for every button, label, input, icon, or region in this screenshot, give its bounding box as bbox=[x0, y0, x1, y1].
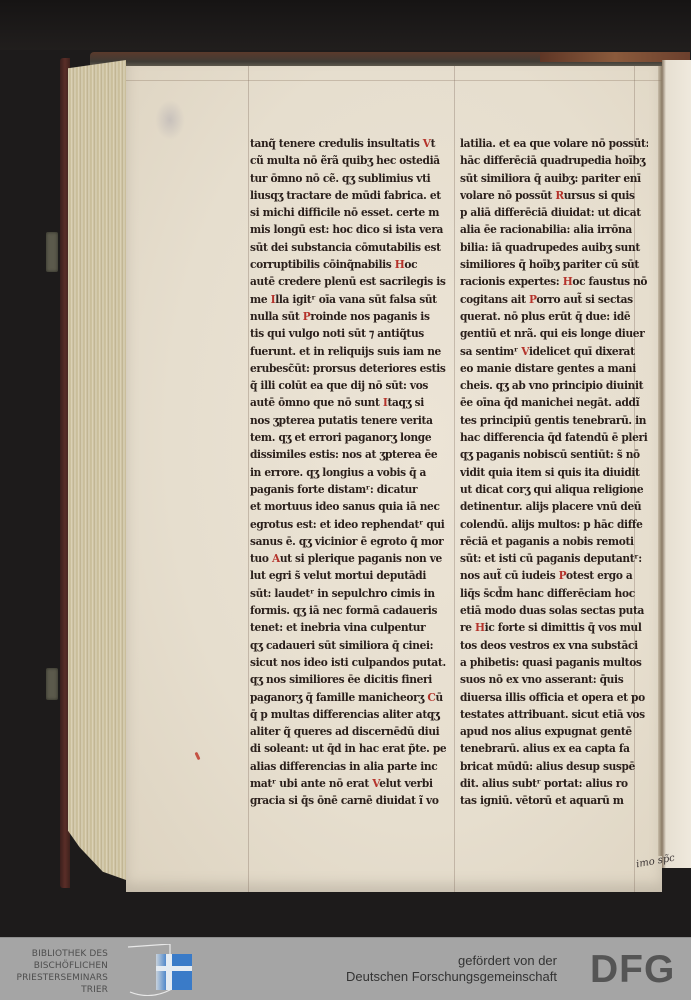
line-text: si michi difficile nō esset. certe m bbox=[250, 207, 439, 220]
manuscript-line: dissimiles estis: nos at ʒpterea ēe bbox=[250, 447, 446, 465]
manuscript-line: nulla sūt Proinde nos paganis is bbox=[250, 309, 446, 327]
line-text: sūt: et isti cū paganis deputantʳ: bbox=[460, 553, 642, 566]
line-text: p aliā differēciā diuidat: ut dicat bbox=[460, 207, 641, 220]
manuscript-line: q̄ p multas differencias aliter atqʒ bbox=[250, 706, 446, 724]
manuscript-line: corruptibilis cōinq̃nabilis Hoc bbox=[250, 257, 446, 275]
manuscript-line: similiores q̄ hoībʒ pariter cū sūt bbox=[460, 257, 648, 275]
rubric-initial: R bbox=[555, 190, 563, 203]
manuscript-line: tenebrarū. alius ex ea capta fa bbox=[460, 741, 648, 759]
manuscript-line: erubesc̃ūt: prorsus deteriores estis. bbox=[250, 360, 446, 378]
manuscript-line: paganorʒ q̄ famille manicheorʒ Cū bbox=[250, 689, 446, 707]
manuscript-line: apud nos alius expugnat gentē bbox=[460, 724, 648, 742]
line-text: qʒ paganis nobiscū sentiūt: s̃ nō bbox=[460, 449, 640, 462]
rubric-initial: H bbox=[563, 276, 573, 289]
manuscript-line: liusqʒ tractare de mūdi fabrica. et bbox=[250, 187, 446, 205]
manuscript-line: querat. nō plus erūt q̄ due: idē bbox=[460, 309, 648, 327]
manuscript-line: tis qui vulgo noti sūt ⁊ antiq̃tus bbox=[250, 326, 446, 344]
line-text: me bbox=[250, 293, 271, 306]
manuscript-line: nos aut̃ cū iudeis Potest ergo a bbox=[460, 568, 648, 586]
line-text-after-rubric: orro aut̃ si sectas bbox=[536, 293, 632, 306]
line-text: diuersa illis officia et opera et po bbox=[460, 691, 645, 704]
line-text: q̃ illi colūt ea que dij nō sūt: vos bbox=[250, 380, 428, 393]
line-text-after-rubric: ut si plerique paganis non ve bbox=[280, 553, 442, 566]
manuscript-line: matʳ ubi ante nō erat Velut verbi bbox=[250, 776, 446, 794]
manuscript-line: alia ēe racionabilia: alia irrōna bbox=[460, 222, 648, 240]
line-text: qʒ cadaueri sūt similiora q̄ cinei: bbox=[250, 639, 433, 652]
line-text: sūt: laudetʳ in sepulchro cimis in bbox=[250, 587, 435, 600]
clasp-upper bbox=[46, 232, 58, 272]
line-text: tanq̃ tenere credulis insultatis bbox=[250, 138, 423, 151]
line-text: liusqʒ tractare de mūdi fabrica. et bbox=[250, 190, 441, 203]
manuscript-line: tas igniū. vētorū et aquarū m bbox=[460, 793, 648, 811]
manuscript-line: tanq̃ tenere credulis insultatis Vt bbox=[250, 136, 446, 154]
funding-text[interactable]: gefördert von der Deutschen Forschungsge… bbox=[346, 953, 557, 985]
manuscript-line: nos ʒpterea putatis tenere verita bbox=[250, 412, 446, 430]
line-text-after-rubric: otest ergo a bbox=[566, 570, 632, 583]
line-text: dit. alius subtʳ portat: alius ro bbox=[460, 778, 628, 791]
rubric-initial: H bbox=[395, 259, 405, 272]
line-text-after-rubric: taqʒ si bbox=[387, 397, 423, 410]
manuscript-line: sūt similiora q̄ auibʒ: pariter enī bbox=[460, 170, 648, 188]
rubric-initial: H bbox=[475, 622, 485, 635]
manuscript-line: tur ōmno nō cẽ. qʒ sublimius vti bbox=[250, 170, 446, 188]
manuscript-line: cũ multa nō ẽrã quibʒ hec ostediā bbox=[250, 153, 446, 171]
line-text: suos nō ex vno asserant: q̄uis bbox=[460, 674, 623, 687]
line-text-after-rubric: ū bbox=[435, 691, 442, 704]
line-text: egrotus est: et ideo rephendatʳ qui bbox=[250, 518, 444, 531]
line-text-after-rubric: elut verbi bbox=[379, 778, 432, 791]
manuscript-line: testates attribuant. sicut etiā vos bbox=[460, 706, 648, 724]
line-text: cũ multa nō ẽrã quibʒ hec ostediā bbox=[250, 155, 440, 168]
funding-line-2: Deutschen Forschungsgemeinschaft bbox=[346, 969, 557, 985]
manuscript-line: tos deos vestros ex vna substāci bbox=[460, 637, 648, 655]
line-text: nulla sūt bbox=[250, 311, 303, 324]
manuscript-line: tuo Aut si plerique paganis non ve bbox=[250, 551, 446, 569]
manuscript-line: me Illa igitʳ oīa vana sūt falsa sūt bbox=[250, 291, 446, 309]
line-text: nos aut̃ cū iudeis bbox=[460, 570, 559, 583]
manuscript-line: re Hic forte si dimittis q̄ vos mul bbox=[460, 620, 648, 638]
line-text: aliter q̃ queres ad discernēdū diui bbox=[250, 726, 439, 739]
manuscript-line: p aliā differēciā diuidat: ut dicat bbox=[460, 205, 648, 223]
manuscript-line: vidit quia item si quis ita diuidit bbox=[460, 464, 648, 482]
dfg-logo-icon[interactable]: DFG bbox=[590, 952, 686, 988]
line-text: paganorʒ q̄ famille manicheorʒ bbox=[250, 691, 427, 704]
manuscript-line: sūt dei substancia cōmutabilis est bbox=[250, 239, 446, 257]
manuscript-line: rēciā et paganis a nobis remoti bbox=[460, 533, 648, 551]
manuscript-line: etiā modo duas solas sectas puta bbox=[460, 603, 648, 621]
line-text: vidit quia item si quis ita diuidit bbox=[460, 466, 640, 479]
line-text: colendū. alijs multos: p hāc diffe bbox=[460, 518, 643, 531]
line-text: a phibetis: quasi paganis multos bbox=[460, 657, 642, 670]
line-text: bricat mūdū: alius desup suspē bbox=[460, 760, 635, 773]
line-text: volare nō possūt bbox=[460, 190, 555, 203]
line-text: tur ōmno nō cẽ. qʒ sublimius vti bbox=[250, 172, 430, 185]
library-line-3: PRIESTERSEMINARS TRIER bbox=[0, 972, 108, 996]
rubric-initial: V bbox=[423, 138, 431, 151]
facing-page-edge bbox=[662, 60, 691, 868]
line-text: alia ēe racionabilia: alia irrōna bbox=[460, 224, 632, 237]
library-name[interactable]: BIBLIOTHEK DES BISCHÖFLICHEN PRIESTERSEM… bbox=[0, 948, 108, 996]
line-text: tis qui vulgo noti sūt ⁊ antiq̃tus bbox=[250, 328, 424, 341]
line-text-after-rubric: roinde nos paganis is bbox=[310, 311, 429, 324]
manuscript-line: cogitans ait Porro aut̃ si sectas bbox=[460, 291, 648, 309]
manuscript-scan: tanq̃ tenere credulis insultatis Vtcũ m… bbox=[0, 0, 691, 937]
line-text: re bbox=[460, 622, 475, 635]
line-text-after-rubric: lla igitʳ oīa vana sūt falsa sūt bbox=[275, 293, 437, 306]
line-text: cheis. qʒ ab vno principio diuinit bbox=[460, 380, 643, 393]
rubric-initial: V bbox=[521, 345, 529, 358]
manuscript-line: bilia: iā quadrupedes auibʒ sunt bbox=[460, 239, 648, 257]
line-text: bilia: iā quadrupedes auibʒ sunt bbox=[460, 241, 640, 254]
line-text: rēciā et paganis a nobis remoti bbox=[460, 535, 634, 548]
line-text: erubesc̃ūt: prorsus deteriores estis. bbox=[250, 363, 446, 376]
line-text: sa sentimʳ bbox=[460, 345, 521, 358]
line-text: tenet: et inebria vina culpentur bbox=[250, 622, 425, 635]
line-text: tos deos vestros ex vna substāci bbox=[460, 639, 638, 652]
manuscript-line: fuerunt. et in reliquijs suis iam ne bbox=[250, 343, 446, 361]
manuscript-line: colendū. alijs multos: p hāc diffe bbox=[460, 516, 648, 534]
manuscript-line: dit. alius subtʳ portat: alius ro bbox=[460, 776, 648, 794]
line-text-after-rubric: ursus si quis bbox=[564, 190, 635, 203]
line-text: racionis expertes: bbox=[460, 276, 563, 289]
manuscript-line: qʒ paganis nobiscū sentiūt: s̃ nō bbox=[460, 447, 648, 465]
manuscript-line: diuersa illis officia et opera et po bbox=[460, 689, 648, 707]
manuscript-line: gracia si q̄s ōnē carnē diuidat ĩ vo bbox=[250, 793, 446, 811]
manuscript-line: bricat mūdū: alius desup suspē bbox=[460, 758, 648, 776]
line-text: hac differencia q̄d fatendū ē pleri bbox=[460, 432, 647, 445]
rubric-initial: A bbox=[272, 553, 280, 566]
manuscript-line: volare nō possūt Rursus si quis bbox=[460, 187, 648, 205]
line-text-after-rubric: idelicet quī dixerat bbox=[529, 345, 635, 358]
line-text: ut dicat corʒ qui aliqua religione bbox=[460, 484, 643, 497]
book-gutter bbox=[658, 66, 662, 856]
rubric-initial: P bbox=[559, 570, 566, 583]
manuscript-line: tenet: et inebria vina culpentur bbox=[250, 620, 446, 638]
line-text: eo manie distare gentes a mani bbox=[460, 363, 636, 376]
line-text: etiā modo duas solas sectas puta bbox=[460, 605, 644, 618]
manuscript-line: qʒ cadaueri sūt similiora q̄ cinei: bbox=[250, 637, 446, 655]
line-text: et mortuus ideo sanus quia iā nec bbox=[250, 501, 440, 514]
line-text: qʒ nos similiores ēe dicitis fineri bbox=[250, 674, 432, 687]
line-text: sanus ē. qʒ vicinior ē egroto q̄ mor bbox=[250, 535, 443, 548]
line-text: tem. qʒ et errori paganorʒ longe bbox=[250, 432, 431, 445]
line-text: apud nos alius expugnat gentē bbox=[460, 726, 632, 739]
line-text: testates attribuant. sicut etiā vos bbox=[460, 708, 645, 721]
line-text-after-rubric: oc faustus nō bbox=[572, 276, 647, 289]
manuscript-line: paganis forte distamʳ: dicatur bbox=[250, 482, 446, 500]
manuscript-line: liq̄s s̄cd̄m hanc differēciam hoc bbox=[460, 585, 648, 603]
line-text-after-rubric: oc bbox=[404, 259, 417, 272]
manuscript-line: tem. qʒ et errori paganorʒ longe bbox=[250, 430, 446, 448]
manuscript-line: ut dicat corʒ qui aliqua religione bbox=[460, 482, 648, 500]
manuscript-line: autē ōmno que nō sunt Itaqʒ si bbox=[250, 395, 446, 413]
footer-banner: BIBLIOTHEK DES BISCHÖFLICHEN PRIESTERSEM… bbox=[0, 937, 691, 1000]
line-text: dissimiles estis: nos at ʒpterea ēe bbox=[250, 449, 437, 462]
manuscript-line: si michi difficile nō esset. certe m bbox=[250, 205, 446, 223]
line-text: in errore. qʒ longius a vobis q̄ a bbox=[250, 466, 426, 479]
manuscript-line: egrotus est: et ideo rephendatʳ qui bbox=[250, 516, 446, 534]
manuscript-line: cheis. qʒ ab vno principio diuinit bbox=[460, 378, 648, 396]
line-text: querat. nō plus erūt q̄ due: idē bbox=[460, 311, 630, 324]
line-text: sicut nos ideo isti culpandos putat. bbox=[250, 657, 446, 670]
manuscript-line: sicut nos ideo isti culpandos putat. bbox=[250, 654, 446, 672]
line-text: latilia. et ea que volare nō possūt: p bbox=[460, 138, 648, 151]
line-text: sūt similiora q̄ auibʒ: pariter enī bbox=[460, 172, 641, 185]
line-text: tuo bbox=[250, 553, 272, 566]
line-text: q̄ p multas differencias aliter atqʒ bbox=[250, 708, 440, 721]
line-text: lut egri s̃ velut mortui deputādi bbox=[250, 570, 426, 583]
line-text-after-rubric: t bbox=[431, 138, 436, 151]
line-text: formis. qʒ iā nec formā cadaueris bbox=[250, 605, 437, 618]
library-line-2: BISCHÖFLICHEN bbox=[0, 960, 108, 972]
manuscript-line: eo manie distare gentes a mani bbox=[460, 360, 648, 378]
line-text: corruptibilis cōinq̃nabilis bbox=[250, 259, 395, 272]
line-text: autē ōmno que nō sunt bbox=[250, 397, 383, 410]
line-text: tes principiū gentis tenebrarū. in bbox=[460, 414, 646, 427]
text-column-right: latilia. et ea que volare nō possūt: ph… bbox=[460, 136, 648, 811]
page-stack-fore-edge bbox=[68, 60, 126, 880]
line-text: similiores q̄ hoībʒ pariter cū sūt bbox=[460, 259, 639, 272]
manuscript-line: sūt: et isti cū paganis deputantʳ: bbox=[460, 551, 648, 569]
ruling-line-mid bbox=[454, 66, 455, 892]
line-text: sūt dei substancia cōmutabilis est bbox=[250, 241, 441, 254]
line-text: liq̄s s̄cd̄m hanc differēciam hoc bbox=[460, 587, 635, 600]
line-text: paganis forte distamʳ: dicatur bbox=[250, 484, 417, 497]
manuscript-line: hāc differēciā quadrupedia hoībʒ bbox=[460, 153, 648, 171]
manuscript-line: sa sentimʳ Videlicet quī dixerat bbox=[460, 343, 648, 361]
manuscript-line: q̃ illi colūt ea que dij nō sūt: vos bbox=[250, 378, 446, 396]
line-text: tas igniū. vētorū et aquarū m bbox=[460, 795, 624, 808]
manuscript-line: et mortuus ideo sanus quia iā nec bbox=[250, 499, 446, 517]
ink-bleed-through bbox=[155, 100, 185, 140]
line-text: gracia si q̄s ōnē carnē diuidat ĩ vo bbox=[250, 795, 439, 808]
text-column-left: tanq̃ tenere credulis insultatis Vtcũ m… bbox=[250, 136, 446, 811]
line-text: matʳ ubi ante nō erat bbox=[250, 778, 372, 791]
manuscript-line: detinentur. alijs placere vnū deū bbox=[460, 499, 648, 517]
line-text: nos ʒpterea putatis tenere verita bbox=[250, 414, 433, 427]
line-text: tenebrarū. alius ex ea capta fa bbox=[460, 743, 630, 756]
manuscript-line: latilia. et ea que volare nō possūt: p bbox=[460, 136, 648, 154]
line-text: ēe oīna q̄d manichei negāt. addĩ bbox=[460, 397, 639, 410]
line-text: gentiū et nrã. qui eis longe diuer bbox=[460, 328, 644, 341]
manuscript-line: tes principiū gentis tenebrarū. in bbox=[460, 412, 648, 430]
manuscript-line: lut egri s̃ velut mortui deputādi bbox=[250, 568, 446, 586]
line-text: autē credere plenū est sacrilegis ista bbox=[250, 276, 446, 289]
manuscript-line: in errore. qʒ longius a vobis q̄ a bbox=[250, 464, 446, 482]
manuscript-line: aliter q̃ queres ad discernēdū diui bbox=[250, 724, 446, 742]
manuscript-line: qʒ nos similiores ēe dicitis fineri bbox=[250, 672, 446, 690]
line-text: cogitans ait bbox=[460, 293, 529, 306]
manuscript-line: ēe oīna q̄d manichei negāt. addĩ bbox=[460, 395, 648, 413]
manuscript-line: alias differencias in alia parte inc bbox=[250, 758, 446, 776]
line-text-after-rubric: ic forte si dimittis q̄ vos mul bbox=[485, 622, 642, 635]
line-text: fuerunt. et in reliquijs suis iam ne bbox=[250, 345, 441, 358]
manuscript-line: sanus ē. qʒ vicinior ē egroto q̄ mor bbox=[250, 533, 446, 551]
library-cross-logo-icon[interactable] bbox=[120, 944, 194, 996]
manuscript-line: a phibetis: quasi paganis multos bbox=[460, 654, 648, 672]
manuscript-line: sūt: laudetʳ in sepulchro cimis in bbox=[250, 585, 446, 603]
manuscript-line: suos nō ex vno asserant: q̄uis bbox=[460, 672, 648, 690]
line-text: di soleant: ut q̄d in hac erat p̃te. per bbox=[250, 743, 446, 756]
ruling-line-top bbox=[126, 80, 662, 81]
line-text: alias differencias in alia parte inc bbox=[250, 760, 437, 773]
manuscript-line: gentiū et nrã. qui eis longe diuer bbox=[460, 326, 648, 344]
manuscript-line: racionis expertes: Hoc faustus nō bbox=[460, 274, 648, 292]
line-text: mis longū est: hoc dico si ista vera bbox=[250, 224, 443, 237]
manuscript-line: mis longū est: hoc dico si ista vera bbox=[250, 222, 446, 240]
manuscript-line: autē credere plenū est sacrilegis ista bbox=[250, 274, 446, 292]
manuscript-line: hac differencia q̄d fatendū ē pleri bbox=[460, 430, 648, 448]
background-shadow bbox=[0, 0, 691, 50]
line-text: detinentur. alijs placere vnū deū bbox=[460, 501, 641, 514]
funding-line-1: gefördert von der bbox=[346, 953, 557, 969]
manuscript-line: di soleant: ut q̄d in hac erat p̃te. per bbox=[250, 741, 446, 759]
clasp-lower bbox=[46, 668, 58, 700]
library-line-1: BIBLIOTHEK DES bbox=[0, 948, 108, 960]
manuscript-line: formis. qʒ iā nec formā cadaueris bbox=[250, 603, 446, 621]
ruling-line-left bbox=[248, 66, 249, 892]
line-text: hāc differēciā quadrupedia hoībʒ bbox=[460, 155, 645, 168]
